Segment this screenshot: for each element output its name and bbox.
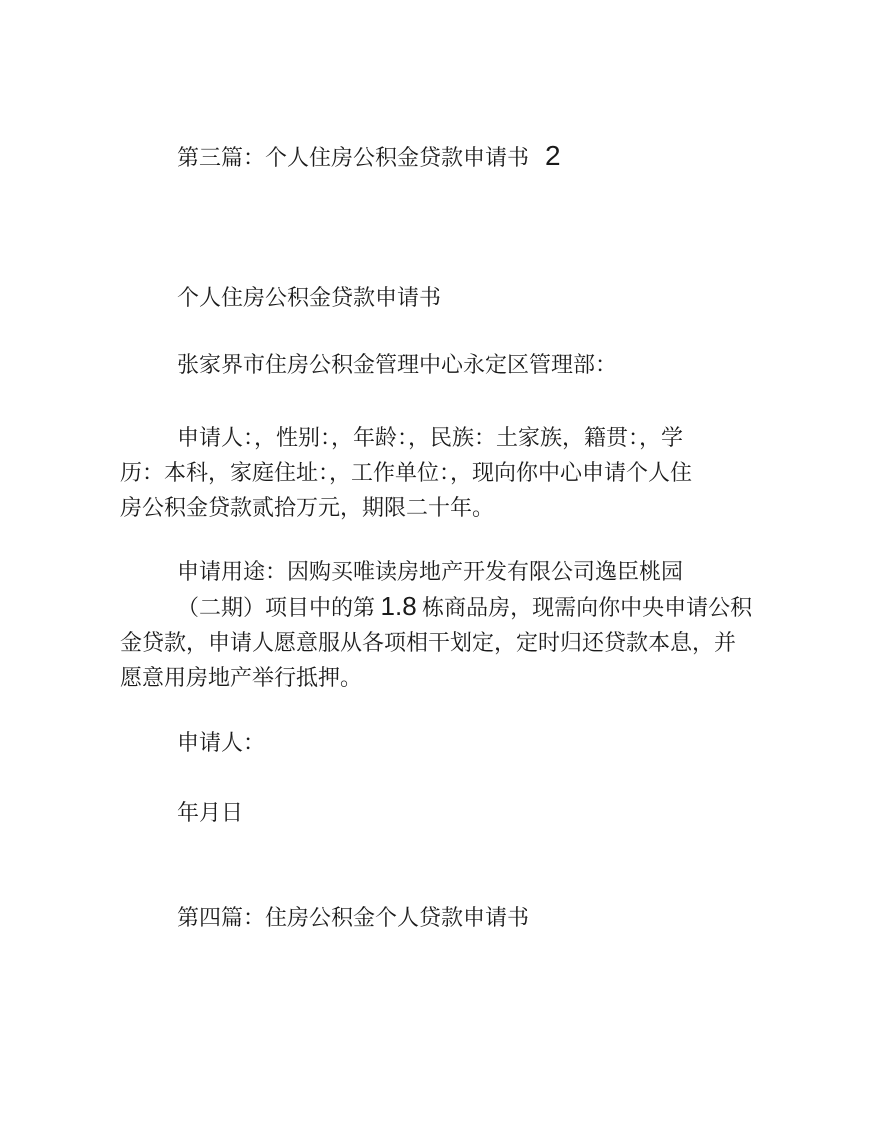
purpose-detail-line1-suffix: 栋商品房，现需向你中央申请公积: [417, 595, 753, 620]
applicant-info-line-2: 历：本科，家庭住址：，工作单位：，现向你中心申请个人住: [120, 455, 800, 490]
applicant-info-paragraph: 申请人：，性别：，年龄：，民族：土家族，籍贯：，学 历：本科，家庭住址：，工作单…: [120, 420, 800, 525]
signature-label: 申请人：: [120, 725, 800, 760]
purpose-detail-line-1: （二期）项目中的第 1.8 栋商品房，现需向你中央申请公积: [120, 590, 800, 625]
purpose-detail-line-2: 金贷款，申请人愿意服从各项相干划定，定时归还贷款本息，并: [120, 625, 800, 660]
purpose-detail-paragraph: （二期）项目中的第 1.8 栋商品房，现需向你中央申请公积 金贷款，申请人愿意服…: [120, 590, 800, 695]
document-page: 第三篇：个人住房公积金贷款申请书2 个人住房公积金贷款申请书 张家界市住房公积金…: [0, 0, 886, 1147]
section4-heading: 第四篇：住房公积金个人贷款申请书: [120, 900, 800, 935]
purpose-detail-line-3: 愿意用房地产举行抵押。: [120, 660, 800, 695]
purpose-intro-line: 申请用途：因购买唯读房地产开发有限公司逸臣桃园: [120, 554, 800, 589]
salutation-line: 张家界市住房公积金管理中心永定区管理部：: [120, 347, 800, 382]
section3-heading: 第三篇：个人住房公积金贷款申请书2: [120, 140, 800, 175]
purpose-detail-line1-prefix: （二期）项目中的第: [177, 595, 381, 620]
applicant-info-line-3: 房公积金贷款贰拾万元，期限二十年。: [120, 490, 800, 525]
date-label: 年月日: [120, 795, 800, 830]
section3-heading-text: 第三篇：个人住房公积金贷款申请书: [177, 145, 529, 170]
applicant-info-line-1: 申请人：，性别：，年龄：，民族：土家族，籍贯：，学: [120, 420, 800, 455]
document-title: 个人住房公积金贷款申请书: [120, 280, 800, 315]
section3-page-number: 2: [545, 140, 561, 171]
building-number: 1.8: [381, 591, 417, 621]
